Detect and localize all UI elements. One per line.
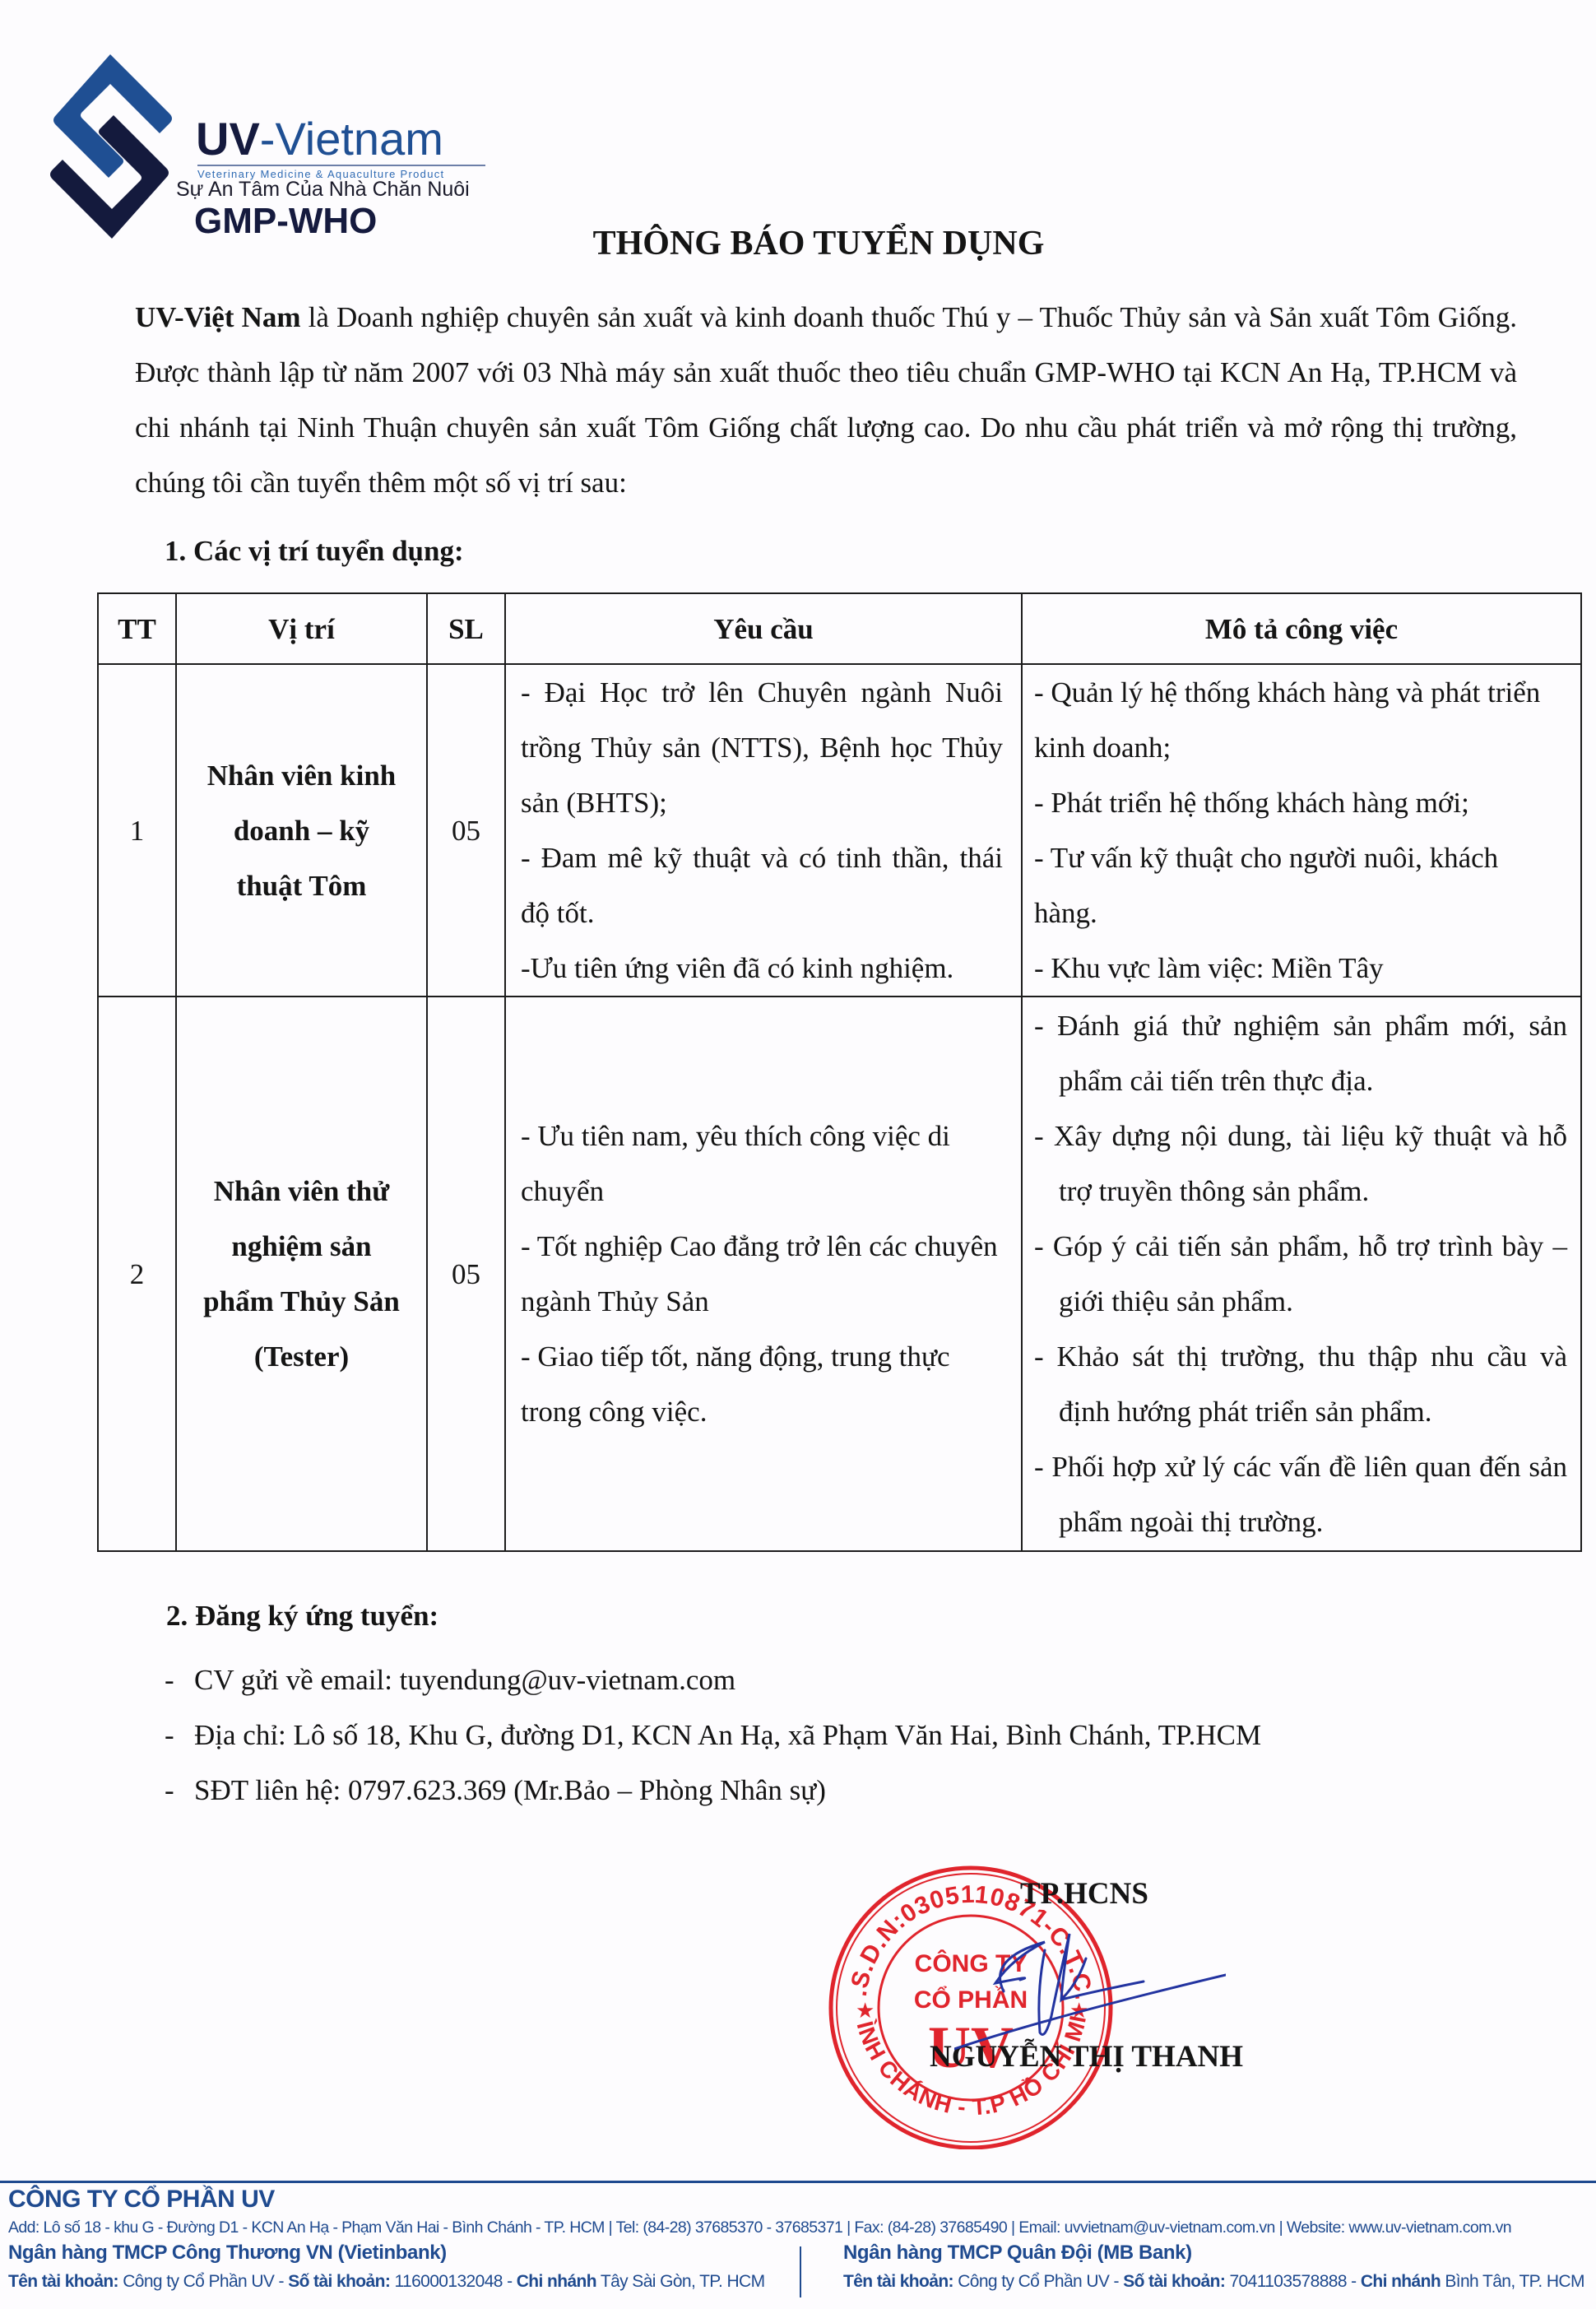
position-line: nghiệm sản [192, 1219, 411, 1274]
cell-position: Nhân viên kinh doanh – kỹ thuật Tôm [176, 664, 427, 997]
cell-requirements: - Đại Học trở lên Chuyên ngành Nuôi trồn… [505, 664, 1022, 997]
requirement-item: -Ưu tiên ứng viên đã có kinh nghiệm. [521, 941, 1003, 996]
col-header-tt: TT [98, 593, 176, 664]
value: 116000132048 - [390, 2272, 517, 2291]
section-apply-title: 2. Đăng ký ứng tuyển: [166, 1600, 438, 1633]
uv-logo-icon [46, 51, 176, 242]
footer-bank-account: Tên tài khoản: Công ty Cổ Phần UV - Số t… [843, 2272, 1584, 2292]
contact-address: -Địa chỉ: Lô số 18, Khu G, đường D1, KCN… [165, 1707, 1261, 1763]
brand-suffix: -Vietnam [260, 113, 443, 165]
description-item: - Phối hợp xử lý các vấn đề liên quan đế… [1034, 1439, 1567, 1549]
footer-divider [0, 2181, 1596, 2183]
cell-requirements: - Ưu tiên nam, yêu thích công việc di ch… [505, 997, 1022, 1551]
brand-tagline-vi: Sự An Tâm Của Nhà Chăn Nuôi [176, 178, 470, 202]
position-line: Nhân viên thử [192, 1164, 411, 1219]
description-item: - Tư vấn kỹ thuật cho người nuôi, khách … [1034, 830, 1567, 941]
footer-bank-account: Tên tài khoản: Công ty Cổ Phần UV - Số t… [8, 2272, 765, 2292]
description-item: - Phát triển hệ thống khách hàng mới; [1034, 775, 1567, 830]
label: Số tài khoản: [288, 2272, 390, 2291]
cell-quantity: 05 [427, 997, 505, 1551]
label: Tên tài khoản: [8, 2272, 118, 2291]
description-item: - Góp ý cải tiến sản phẩm, hỗ trợ trình … [1034, 1219, 1567, 1329]
description-item: - Đánh giá thử nghiệm sản phẩm mới, sản … [1034, 998, 1567, 1108]
intro-text: là Doanh nghiệp chuyên sản xuất và kinh … [135, 301, 1517, 499]
footer-bank-name: Ngân hàng TMCP Quân Đội (MB Bank) [843, 2242, 1192, 2265]
contact-phone-text: SĐT liên hệ: 0797.623.369 (Mr.Bảo – Phòn… [194, 1774, 826, 1806]
signatory-title: TP.HCNS [1020, 1876, 1148, 1912]
value: Công ty Cổ Phần UV - [118, 2272, 288, 2291]
intro-paragraph: UV-Việt Nam là Doanh nghiệp chuyên sản x… [135, 290, 1517, 510]
brand-divider [197, 165, 485, 166]
requirement-item: - Tốt nghiệp Cao đẳng trở lên các chuyên… [521, 1219, 1003, 1329]
position-line: thuật Tôm [192, 858, 411, 913]
cell-tt: 1 [98, 664, 176, 997]
contact-email: -CV gửi về email: tuyendung@uv-vietnam.c… [165, 1652, 1261, 1707]
cell-quantity: 05 [427, 664, 505, 997]
col-header-requirements: Yêu cầu [505, 593, 1022, 664]
bullet-dash: - [165, 1652, 194, 1707]
position-line: (Tester) [192, 1329, 411, 1384]
position-line: doanh – kỹ [192, 803, 411, 858]
position-line: phẩm Thủy Sản [192, 1274, 411, 1329]
positions-table: TT Vị trí SL Yêu cầu Mô tả công việc 1 N… [97, 592, 1582, 1552]
label: Chi nhánh [517, 2272, 596, 2291]
footer-bank-separator [800, 2246, 801, 2297]
col-header-description: Mô tả công việc [1022, 593, 1581, 664]
page-title: THÔNG BÁO TUYỂN DỤNG [0, 224, 1596, 263]
requirement-item: - Đại Học trở lên Chuyên ngành Nuôi trồn… [521, 665, 1003, 830]
requirement-item: - Giao tiếp tốt, năng động, trung thực t… [521, 1329, 1003, 1439]
contact-phone: -SĐT liên hệ: 0797.623.369 (Mr.Bảo – Phò… [165, 1763, 1261, 1818]
brand-name: UV-Vietnam [196, 114, 443, 165]
value: Công ty Cổ Phần UV - [953, 2272, 1123, 2291]
svg-text:★: ★ [856, 1998, 875, 2023]
cell-description: - Đánh giá thử nghiệm sản phẩm mới, sản … [1022, 997, 1581, 1551]
bullet-dash: - [165, 1763, 194, 1818]
intro-company: UV-Việt Nam [135, 301, 301, 333]
table-row: 1 Nhân viên kinh doanh – kỹ thuật Tôm 05… [98, 664, 1581, 997]
col-header-quantity: SL [427, 593, 505, 664]
requirement-item: - Đam mê kỹ thuật và có tinh thần, thái … [521, 830, 1003, 941]
brand-prefix: UV [196, 113, 260, 165]
footer-company-name: CÔNG TY CỔ PHẦN UV [8, 2186, 275, 2214]
value: Bình Tân, TP. HCM [1441, 2272, 1584, 2291]
handwritten-signature-icon [954, 1926, 1226, 2057]
position-line: Nhân viên kinh [192, 748, 411, 803]
label: Số tài khoản: [1123, 2272, 1225, 2291]
table-row: 2 Nhân viên thử nghiệm sản phẩm Thủy Sản… [98, 997, 1581, 1551]
cell-position: Nhân viên thử nghiệm sản phẩm Thủy Sản (… [176, 997, 427, 1551]
contact-email-text[interactable]: CV gửi về email: tuyendung@uv-vietnam.co… [194, 1664, 735, 1696]
footer-bank-name: Ngân hàng TMCP Công Thương VN (Vietinban… [8, 2242, 447, 2265]
bullet-dash: - [165, 1707, 194, 1763]
description-item: - Khảo sát thị trường, thu thập nhu cầu … [1034, 1329, 1567, 1439]
table-header-row: TT Vị trí SL Yêu cầu Mô tả công việc [98, 593, 1581, 664]
description-item: - Khu vực làm việc: Miền Tây [1034, 941, 1567, 996]
contact-address-text: Địa chỉ: Lô số 18, Khu G, đường D1, KCN … [194, 1719, 1261, 1751]
col-header-position: Vị trí [176, 593, 427, 664]
cell-description: - Quản lý hệ thống khách hàng và phát tr… [1022, 664, 1581, 997]
label: Tên tài khoản: [843, 2272, 953, 2291]
cell-tt: 2 [98, 997, 176, 1551]
footer-contact-line: Add: Lô số 18 - khu G - Đường D1 - KCN A… [8, 2218, 1511, 2237]
value: 7041103578888 - [1225, 2272, 1361, 2291]
section-positions-title: 1. Các vị trí tuyển dụng: [165, 535, 464, 568]
value: Tây Sài Gòn, TP. HCM [596, 2272, 765, 2291]
description-item: - Xây dựng nội dung, tài liệu kỹ thuật v… [1034, 1108, 1567, 1219]
label: Chi nhánh [1361, 2272, 1441, 2291]
description-item: - Quản lý hệ thống khách hàng và phát tr… [1034, 665, 1567, 775]
apply-contact-list: -CV gửi về email: tuyendung@uv-vietnam.c… [165, 1652, 1261, 1818]
requirement-item: - Ưu tiên nam, yêu thích công việc di ch… [521, 1108, 1003, 1219]
